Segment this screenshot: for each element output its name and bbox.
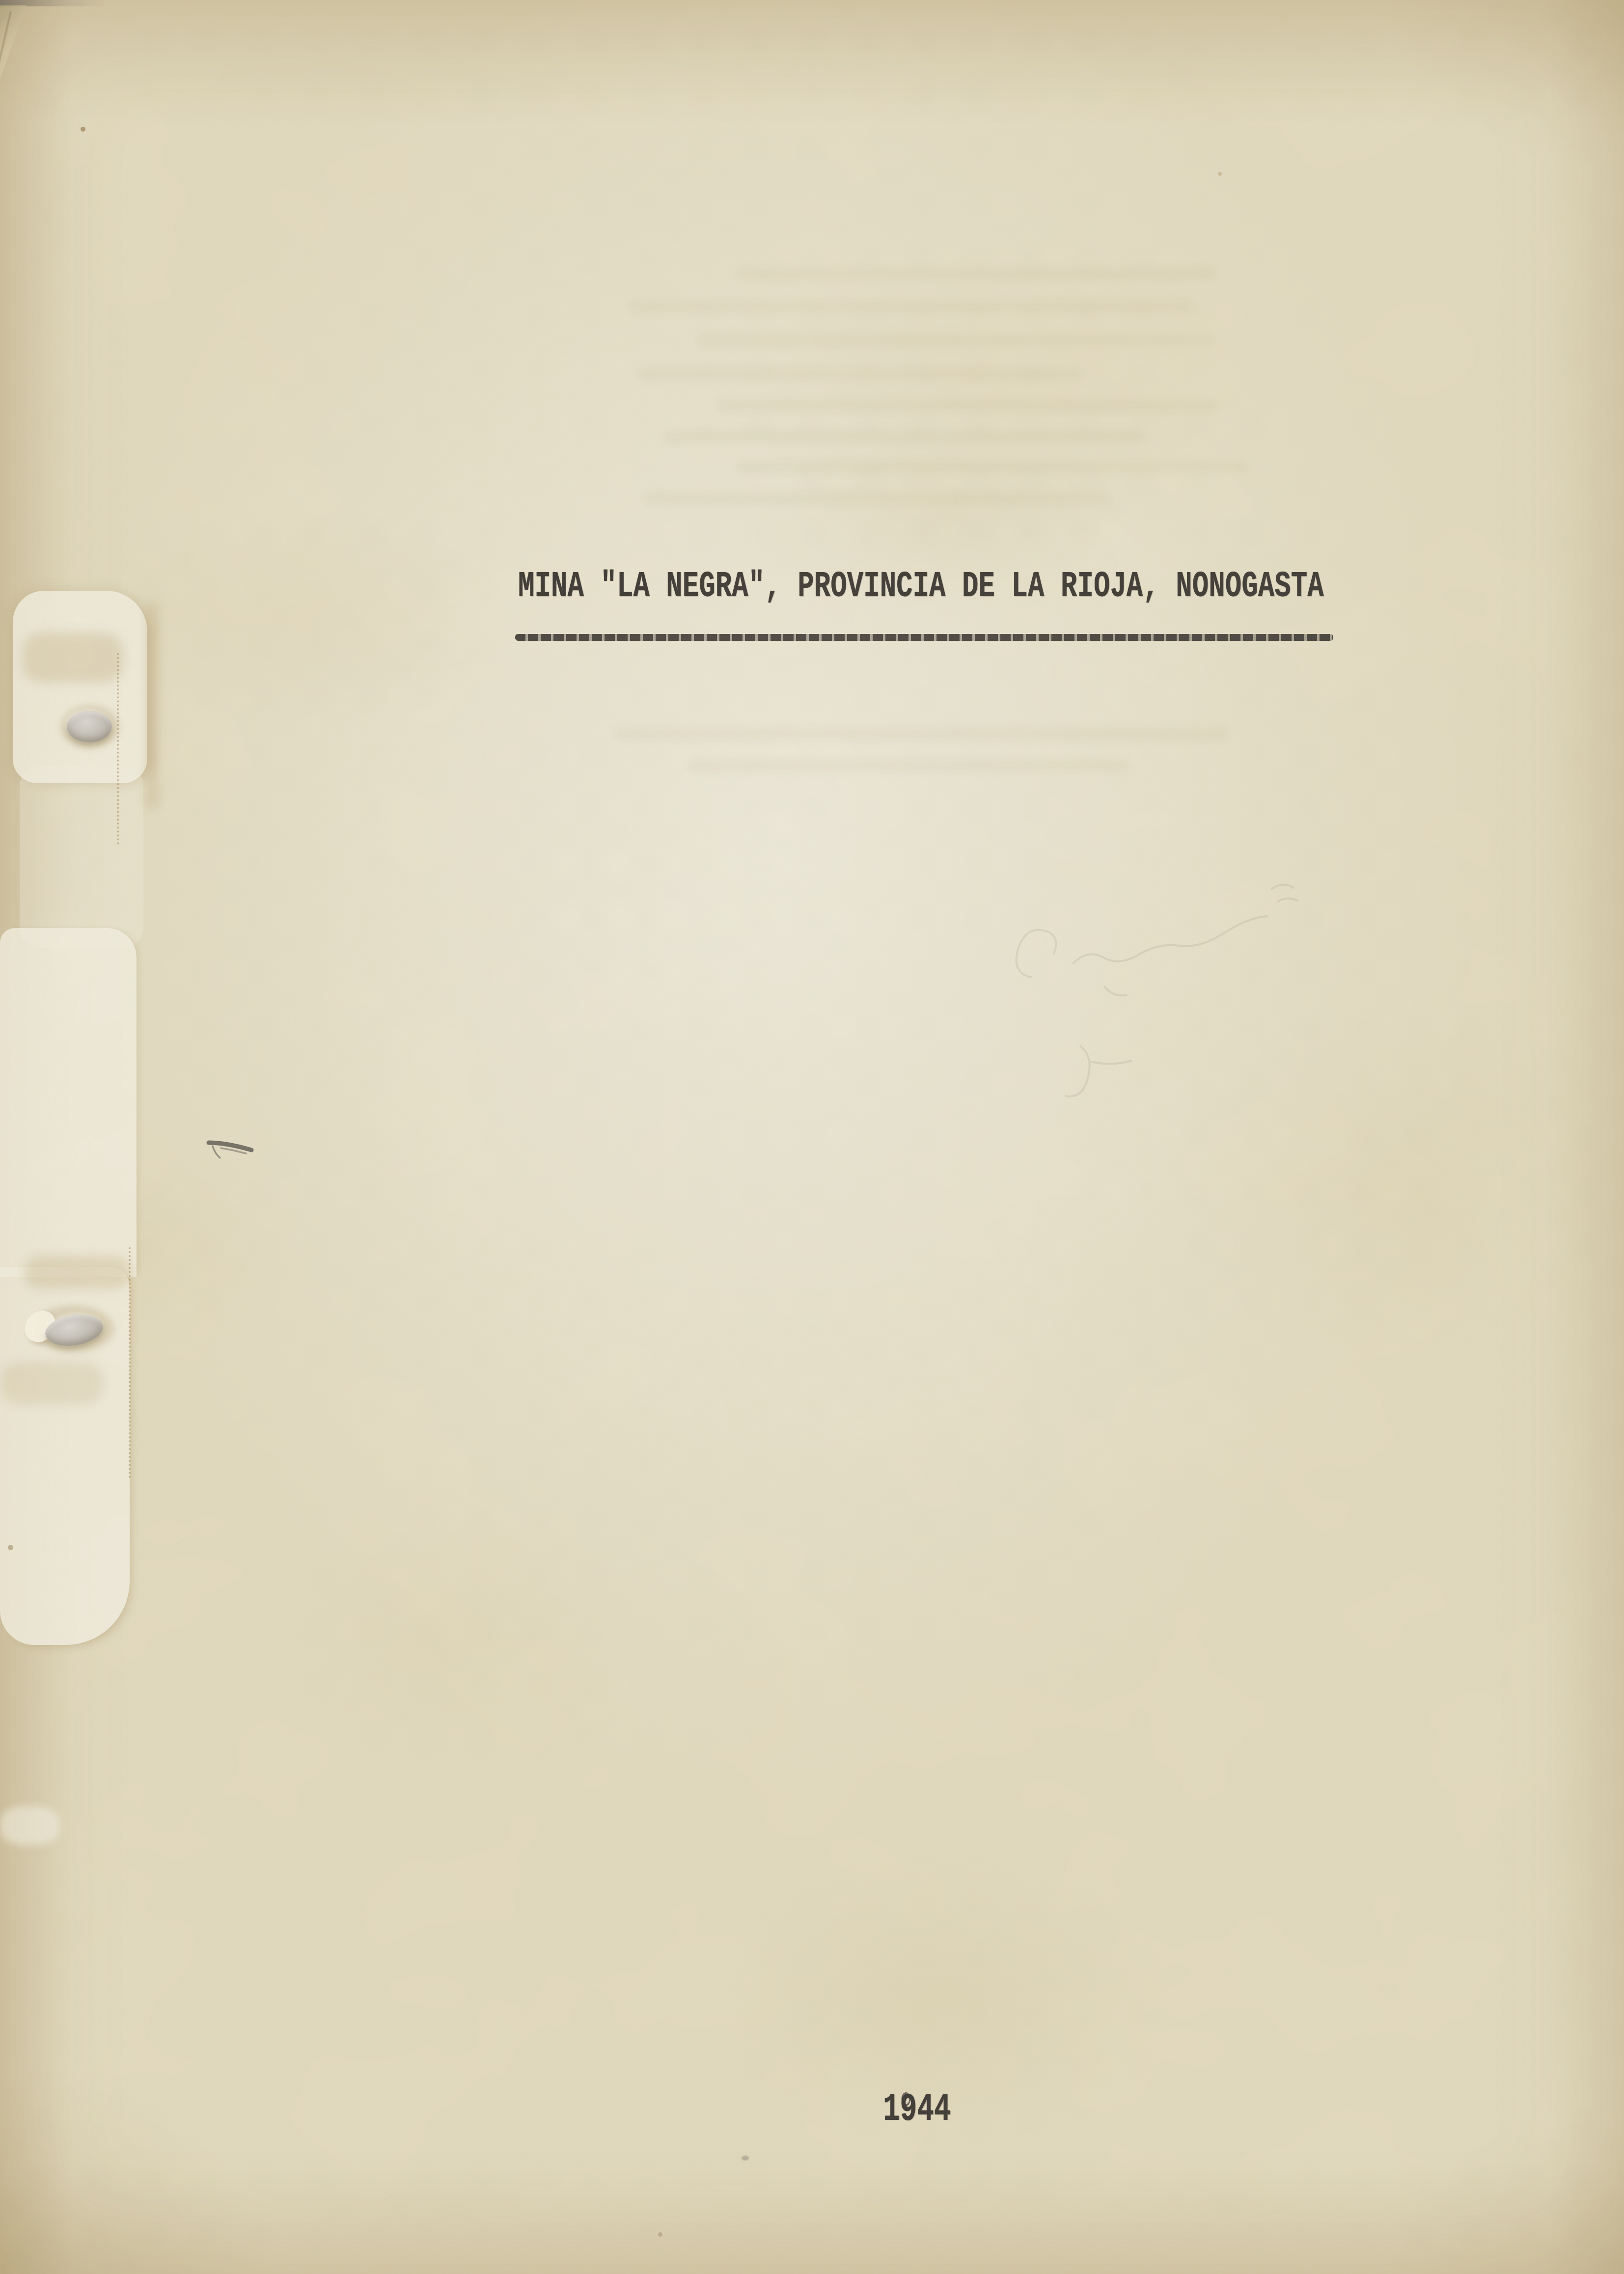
fastener-middle-section bbox=[0, 928, 137, 1277]
year-text: 1944 bbox=[883, 2087, 951, 2132]
ghost-text-impression bbox=[663, 430, 1144, 443]
stitch-perforation-line bbox=[129, 1247, 131, 1478]
scanned-document-page: MINA "LA NEGRA", PROVINCIA DE LA RIOJA, … bbox=[0, 0, 1624, 2274]
paper-speck bbox=[8, 1545, 13, 1550]
stitch-perforation-line bbox=[117, 653, 119, 845]
ghost-text-impression bbox=[688, 759, 1129, 772]
title-underline bbox=[515, 634, 1333, 641]
ghost-text-impression bbox=[638, 367, 1080, 380]
file-fastener-strip bbox=[0, 584, 216, 1728]
fastener-shadow-band bbox=[23, 632, 124, 683]
document-title: MINA "LA NEGRA", PROVINCIA DE LA RIOJA, … bbox=[518, 569, 1324, 605]
ghost-text-impression bbox=[717, 399, 1218, 411]
document-year: 1944 bbox=[883, 2090, 951, 2130]
fastener-edge-stain bbox=[145, 602, 159, 808]
paper-speck bbox=[81, 127, 85, 132]
grommet-rivet-top bbox=[67, 711, 112, 742]
ghost-text-impression bbox=[697, 334, 1213, 347]
paper-speck bbox=[742, 2156, 749, 2161]
paper-speck bbox=[658, 2232, 662, 2237]
ghost-text-impression bbox=[629, 301, 1193, 313]
faint-handwriting bbox=[958, 830, 1409, 1144]
overstrike-mark bbox=[901, 2092, 910, 2106]
ghost-text-impression bbox=[737, 461, 1247, 473]
ghost-text-impression bbox=[614, 727, 1228, 740]
ghost-text-impression bbox=[737, 268, 1218, 280]
fastener-upper-section bbox=[20, 766, 143, 948]
paper-speck bbox=[1218, 172, 1222, 176]
fastener-shadow-band bbox=[0, 1362, 104, 1405]
fastener-head bbox=[13, 591, 147, 783]
light-smudge bbox=[0, 1806, 60, 1845]
ghost-text-impression bbox=[643, 492, 1110, 505]
fastener-shadow-band bbox=[24, 1256, 131, 1288]
